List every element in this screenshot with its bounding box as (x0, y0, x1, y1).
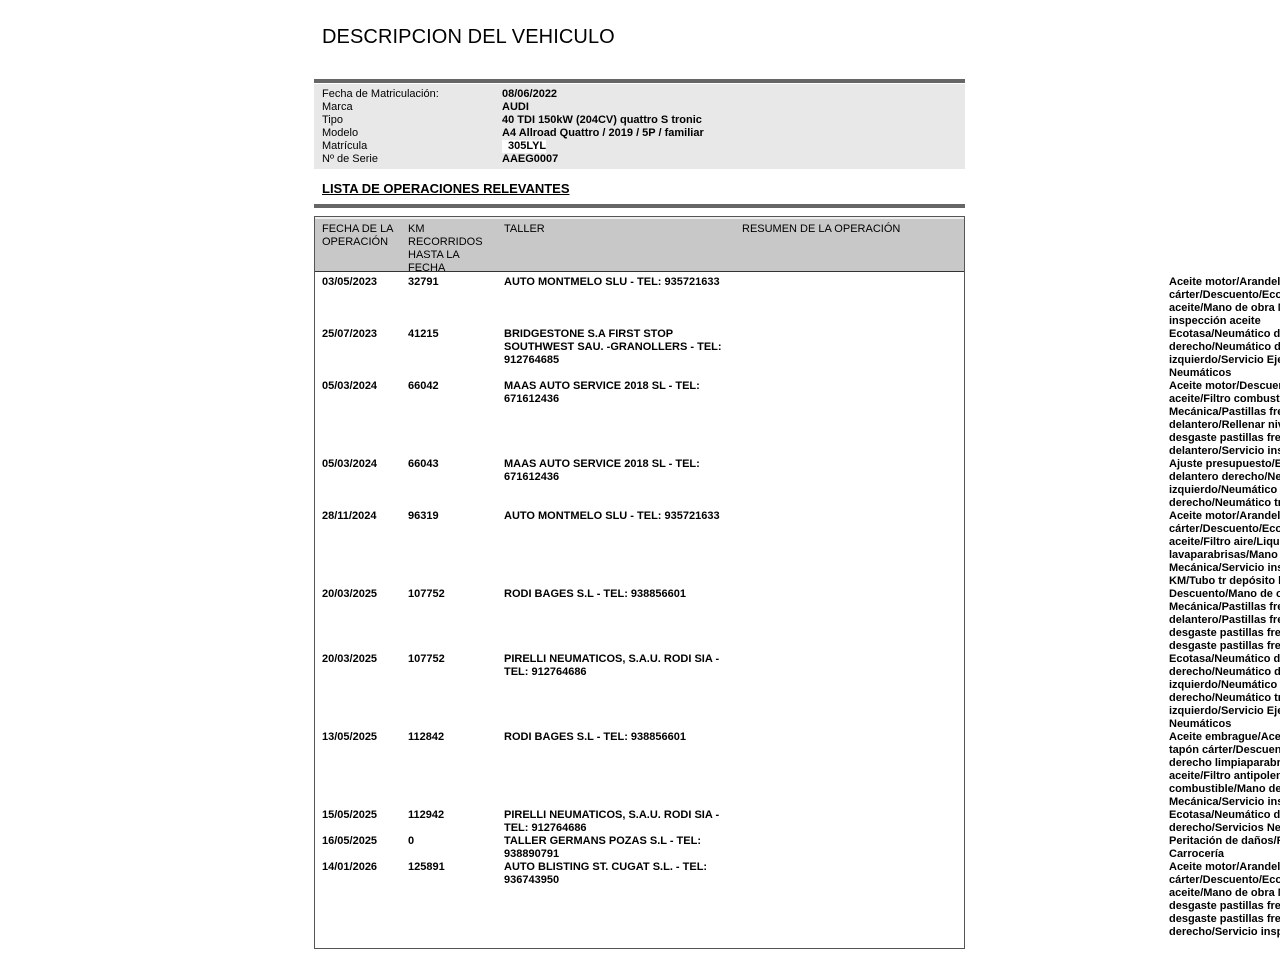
cell-summary: Aceite motor/Descuento/Ecotasa/Filtro ac… (1169, 380, 1280, 458)
cell-workshop: RODI BAGES S.L - TEL: 938856601 (504, 731, 729, 744)
vehicle-info-panel: Fecha de Matriculación: 08/06/2022 Marca… (314, 84, 965, 169)
field-label: Tipo (322, 114, 502, 127)
header-summary: RESUMEN DE LA OPERACIÓN (742, 223, 962, 236)
cell-workshop: TALLER GERMANS POZAS S.L - TEL: 93889079… (504, 835, 729, 861)
cell-km: 66042 (408, 380, 498, 393)
field-label: Marca (322, 101, 502, 114)
cell-km: 107752 (408, 588, 498, 601)
cell-km: 112942 (408, 809, 498, 822)
cell-km: 32791 (408, 276, 498, 289)
cell-summary: Descuento/Mano de obra Mecánica/Pastilla… (1169, 588, 1280, 653)
cell-km: 96319 (408, 510, 498, 523)
cell-km: 0 (408, 835, 498, 848)
field-value: AAEG0007 (502, 153, 558, 166)
cell-km: 66043 (408, 458, 498, 471)
cell-date: 20/03/2025 (322, 588, 407, 601)
cell-workshop: PIRELLI NEUMATICOS, S.A.U. RODI SIA - TE… (504, 653, 729, 679)
cell-workshop: AUTO BLISTING ST. CUGAT S.L. - TEL: 9367… (504, 861, 729, 887)
cell-date: 05/03/2024 (322, 458, 407, 471)
cell-summary: Ecotasa/Neumático delantero derecho/Neum… (1169, 653, 1280, 731)
page-title: DESCRIPCION DEL VEHICULO (322, 26, 615, 49)
cell-workshop: MAAS AUTO SERVICE 2018 SL - TEL: 6716124… (504, 380, 729, 406)
cell-workshop: RODI BAGES S.L - TEL: 938856601 (504, 588, 729, 601)
cell-summary: Ajuste presupuesto/Ecotasa 1/Neumático d… (1169, 458, 1280, 510)
field-value: 305LYL (502, 140, 546, 153)
table-row: 25/07/202341215BRIDGESTONE S.A FIRST STO… (315, 328, 964, 380)
header-km: KM RECORRIDOS HASTA LA FECHA (408, 223, 498, 275)
table-row: 14/01/2026125891AUTO BLISTING ST. CUGAT … (315, 861, 964, 939)
field-value: 08/06/2022 (502, 88, 557, 101)
table-row: 03/05/202332791AUTO MONTMELO SLU - TEL: … (315, 276, 964, 328)
cell-date: 03/05/2023 (322, 276, 407, 289)
field-value: 40 TDI 150kW (204CV) quattro S tronic (502, 114, 702, 127)
table-row: 20/03/2025107752PIRELLI NEUMATICOS, S.A.… (315, 653, 964, 731)
cell-summary: Peritación de daños/Reparación de Carroc… (1169, 835, 1280, 861)
table-row: 13/05/2025112842RODI BAGES S.L - TEL: 93… (315, 731, 964, 809)
field-label: Nº de Serie (322, 153, 502, 166)
field-value: AUDI (502, 101, 529, 114)
field-value: A4 Allroad Quattro / 2019 / 5P / familia… (502, 127, 704, 140)
cell-km: 41215 (408, 328, 498, 341)
divider-bar (314, 79, 965, 83)
cell-date: 14/01/2026 (322, 861, 407, 874)
table-row: 16/05/20250TALLER GERMANS POZAS S.L - TE… (315, 835, 964, 861)
section-title: LISTA DE OPERACIONES RELEVANTES (322, 181, 570, 196)
cell-workshop: PIRELLI NEUMATICOS, S.A.U. RODI SIA - TE… (504, 809, 729, 835)
table-row: 05/03/202466043MAAS AUTO SERVICE 2018 SL… (315, 458, 964, 510)
cell-km: 112842 (408, 731, 498, 744)
cell-date: 15/05/2025 (322, 809, 407, 822)
cell-workshop: BRIDGESTONE S.A FIRST STOP SOUTHWEST SAU… (504, 328, 729, 367)
cell-workshop: MAAS AUTO SERVICE 2018 SL - TEL: 6716124… (504, 458, 729, 484)
header-date: FECHA DE LA OPERACIÓN (322, 223, 407, 249)
divider-bar (314, 204, 965, 208)
cell-summary: Aceite motor/Arandela/ tapón cárter/Desc… (1169, 510, 1280, 588)
field-label: Fecha de Matriculación: (322, 88, 502, 101)
field-label: Matrícula (322, 140, 502, 153)
operations-table: FECHA DE LA OPERACIÓN KM RECORRIDOS HAST… (314, 216, 965, 949)
cell-workshop: AUTO MONTMELO SLU - TEL: 935721633 (504, 510, 729, 523)
cell-date: 25/07/2023 (322, 328, 407, 341)
cell-summary: Aceite motor/Arandela/ tapón cárter/Desc… (1169, 861, 1280, 939)
table-body: 03/05/202332791AUTO MONTMELO SLU - TEL: … (315, 276, 964, 939)
table-row: 05/03/202466042MAAS AUTO SERVICE 2018 SL… (315, 380, 964, 458)
cell-summary: Ecotasa/Neumático delantero derecho/Serv… (1169, 809, 1280, 835)
table-row: 28/11/202496319AUTO MONTMELO SLU - TEL: … (315, 510, 964, 588)
field-label: Modelo (322, 127, 502, 140)
cell-summary: Aceite motor/Arandela/ tapón cárter/Desc… (1169, 276, 1280, 328)
cell-date: 28/11/2024 (322, 510, 407, 523)
cell-date: 05/03/2024 (322, 380, 407, 393)
cell-workshop: AUTO MONTMELO SLU - TEL: 935721633 (504, 276, 729, 289)
table-row: 20/03/2025107752RODI BAGES S.L - TEL: 93… (315, 588, 964, 653)
cell-km: 125891 (408, 861, 498, 874)
cell-date: 16/05/2025 (322, 835, 407, 848)
cell-date: 20/03/2025 (322, 653, 407, 666)
table-row: 15/05/2025112942PIRELLI NEUMATICOS, S.A.… (315, 809, 964, 835)
cell-summary: Ecotasa/Neumático delantero derecho/Neum… (1169, 328, 1280, 380)
cell-summary: Aceite embrague/Aceite motor/Arandela/ t… (1169, 731, 1280, 809)
cell-km: 107752 (408, 653, 498, 666)
header-workshop: TALLER (504, 223, 729, 236)
table-header: FECHA DE LA OPERACIÓN KM RECORRIDOS HAST… (315, 217, 964, 272)
cell-date: 13/05/2025 (322, 731, 407, 744)
